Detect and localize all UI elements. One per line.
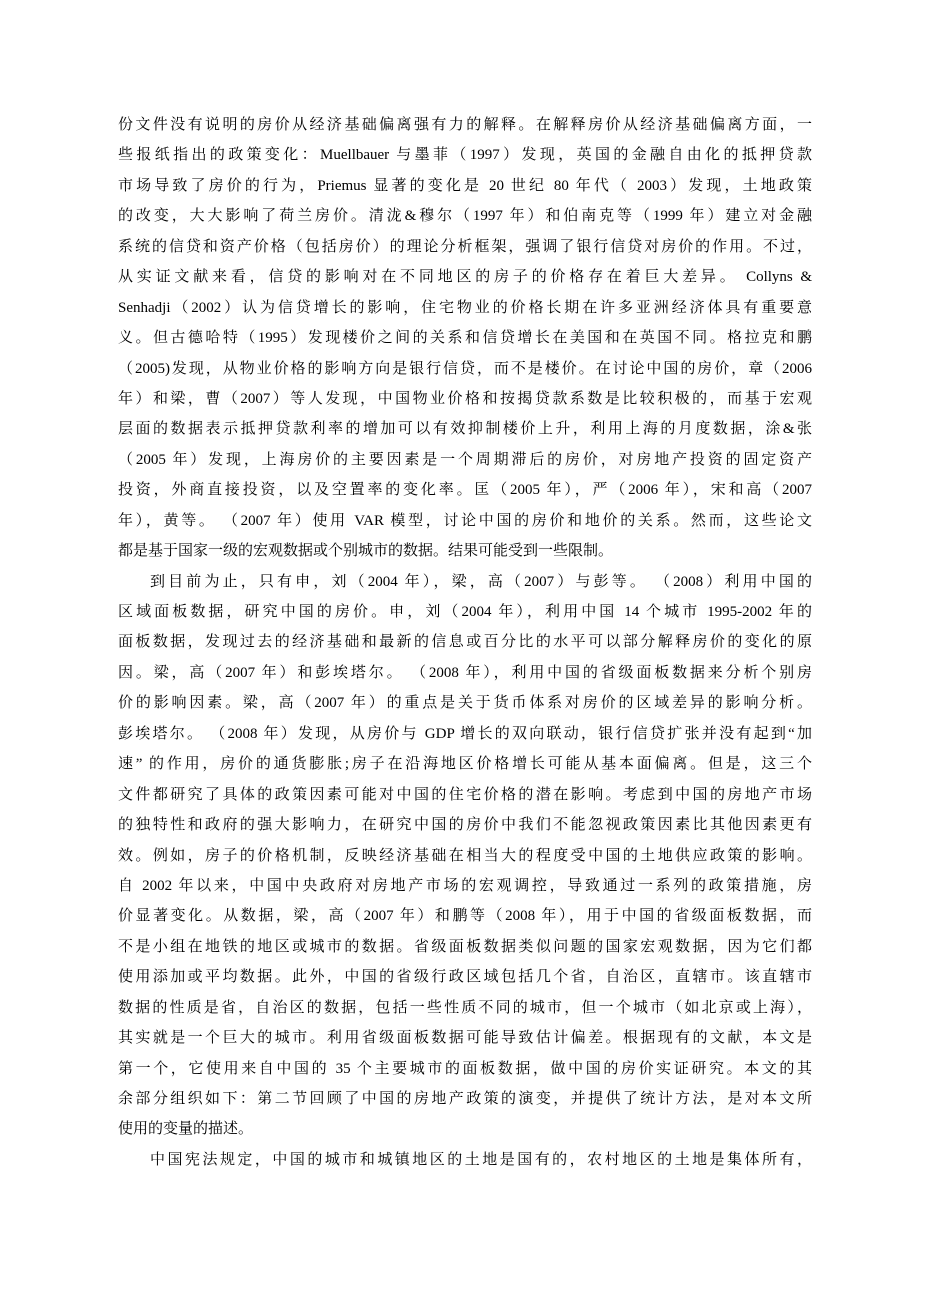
- text-line: 区域面板数据，研究中国的房价。申，刘（2004 年），利用中国 14 个城市 1…: [118, 597, 812, 627]
- text-line: 投资，外商直接投资，以及空置率的变化率。匡（2005 年），严（2006 年），…: [118, 475, 812, 505]
- text-line: 系统的信贷和资产价格（包括房价）的理论分析框架，强调了银行信贷对房价的作用。不过…: [118, 232, 812, 262]
- document-page: 份文件没有说明的房价从经济基础偏离强有力的解释。在解释房价从经济基础偏离方面，一…: [0, 0, 926, 1309]
- text-line: 价的影响因素。梁，高（2007 年）的重点是关于货币体系对房价的区域差异的影响分…: [118, 688, 812, 718]
- text-line: 效。例如，房子的价格机制，反映经济基础在相当大的程度受中国的土地供应政策的影响。: [118, 841, 812, 871]
- text-line: 自 2002 年以来，中国中央政府对房地产市场的宏观调控，导致通过一系列的政策措…: [118, 871, 812, 901]
- text-line: 些报纸指出的政策变化：Muellbauer 与墨菲（1997）发现，英国的金融自…: [118, 140, 812, 170]
- text-line: 的独特性和政府的强大影响力，在研究中国的房价中我们不能忽视政策因素比其他因素更有: [118, 810, 812, 840]
- text-line: 的改变，大大影响了荷兰房价。清泷&穆尔（1997 年）和伯南克等（1999 年）…: [118, 201, 812, 231]
- text-line: 其实就是一个巨大的城市。利用省级面板数据可能导致估计偏差。根据现有的文献，本文是: [118, 1023, 812, 1053]
- text-line: 数据的性质是省，自治区的数据，包括一些性质不同的城市，但一个城市（如北京或上海）…: [118, 993, 812, 1023]
- text-line: 到目前为止，只有申，刘（2004 年），梁，高（2007）与彭等。 （2008）…: [118, 567, 812, 597]
- text-line: 年），黄等。 （2007 年）使用 VAR 模型，讨论中国的房价和地价的关系。然…: [118, 506, 812, 536]
- text-line: 文件都研究了具体的政策因素可能对中国的住宅价格的潜在影响。考虑到中国的房地产市场: [118, 780, 812, 810]
- text-line: 余部分组织如下：第二节回顾了中国的房地产政策的演变，并提供了统计方法，是对本文所: [118, 1084, 812, 1114]
- text-line: 面板数据，发现过去的经济基础和最新的信息或百分比的水平可以部分解释房价的变化的原: [118, 627, 812, 657]
- text-line: 不是小组在地铁的地区或城市的数据。省级面板数据类似问题的国家宏观数据，因为它们都: [118, 932, 812, 962]
- text-line: （2005 年）发现，上海房价的主要因素是一个周期滞后的房价，对房地产投资的固定…: [118, 445, 812, 475]
- text-line: 价显著变化。从数据，梁，高（2007 年）和鹏等（2008 年），用于中国的省级…: [118, 901, 812, 931]
- text-line: （2005)发现，从物业价格的影响方向是银行信贷，而不是楼价。在讨论中国的房价，…: [118, 354, 812, 384]
- document-text-block: 份文件没有说明的房价从经济基础偏离强有力的解释。在解释房价从经济基础偏离方面，一…: [118, 110, 812, 1175]
- text-line: Senhadji（2002）认为信贷增长的影响，住宅物业的价格长期在许多亚洲经济…: [118, 293, 812, 323]
- text-line: 都是基于国家一级的宏观数据或个别城市的数据。结果可能受到一些限制。: [118, 536, 812, 566]
- text-line: 第一个，它使用来自中国的 35 个主要城市的面板数据，做中国的房价实证研究。本文…: [118, 1054, 812, 1084]
- text-line: 使用添加或平均数据。此外，中国的省级行政区域包括几个省，自治区，直辖市。该直辖市: [118, 962, 812, 992]
- text-line: 中国宪法规定，中国的城市和城镇地区的土地是国有的，农村地区的土地是集体所有，: [118, 1145, 812, 1175]
- text-line: 义。但古德哈特（1995）发现楼价之间的关系和信贷增长在美国和在英国不同。格拉克…: [118, 323, 812, 353]
- text-line: 速” 的作用，房价的通货膨胀;房子在沿海地区价格增长可能从基本面偏离。但是，这三…: [118, 749, 812, 779]
- text-line: 市场导致了房价的行为，Priemus 显著的变化是 20 世纪 80 年代（ 2…: [118, 171, 812, 201]
- text-line: 使用的变量的描述。: [118, 1114, 812, 1144]
- text-line: 彭埃塔尔。 （2008 年）发现，从房价与 GDP 增长的双向联动，银行信贷扩张…: [118, 719, 812, 749]
- text-line: 层面的数据表示抵押贷款利率的增加可以有效抑制楼价上升，利用上海的月度数据，涂&张: [118, 414, 812, 444]
- text-line: 年）和梁，曹（2007）等人发现，中国物业价格和按揭贷款系数是比较积极的，而基于…: [118, 384, 812, 414]
- text-line: 因。梁，高（2007 年）和彭埃塔尔。 （2008 年），利用中国的省级面板数据…: [118, 658, 812, 688]
- text-line: 份文件没有说明的房价从经济基础偏离强有力的解释。在解释房价从经济基础偏离方面，一: [118, 110, 812, 140]
- text-line: 从实证文献来看，信贷的影响对在不同地区的房子的价格存在着巨大差异。 Collyn…: [118, 262, 812, 292]
